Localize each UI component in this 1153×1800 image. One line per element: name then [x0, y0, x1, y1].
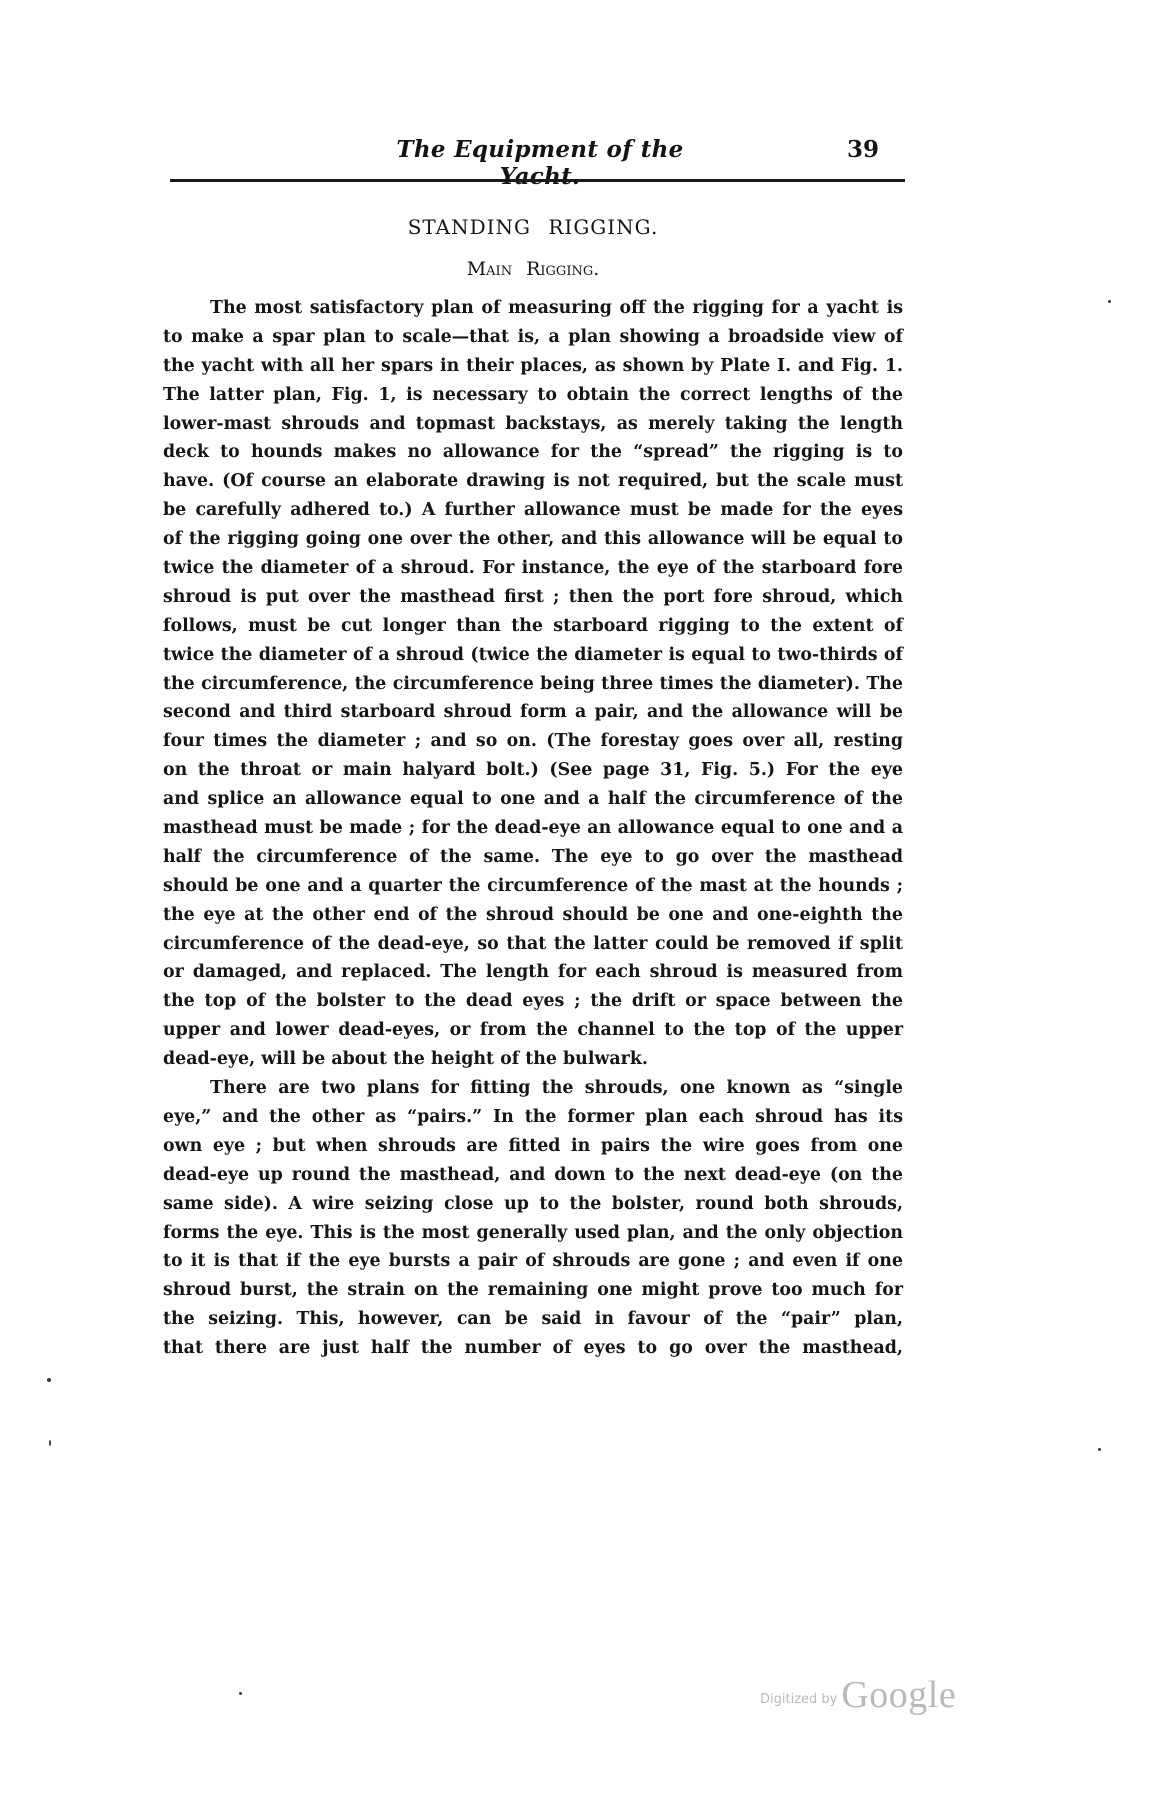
text-line: The latter plan, Fig. 1, is necessary to…	[163, 381, 903, 410]
text-line: be carefully adhered to.) A further allo…	[163, 496, 903, 525]
text-line: eye,” and the other as “pairs.” In the f…	[163, 1103, 903, 1132]
text-line: The most satisfactory plan of measuring …	[163, 294, 903, 323]
text-line: circumference of the dead-eye, so that t…	[163, 930, 903, 959]
google-logo: Google	[841, 1675, 956, 1715]
page-number: 39	[838, 136, 888, 163]
text-line: masthead must be made ; for the dead-eye…	[163, 814, 903, 843]
section-heading: STANDING RIGGING.	[163, 215, 903, 239]
text-line: twice the diameter of a shroud (twice th…	[163, 641, 903, 670]
text-line: to it is that if the eye bursts a pair o…	[163, 1247, 903, 1276]
text-line: have. (Of course an elaborate drawing is…	[163, 467, 903, 496]
text-line: on the throat or main halyard bolt.) (Se…	[163, 756, 903, 785]
text-line: dead-eye, will be about the height of th…	[163, 1045, 903, 1074]
scan-speck	[49, 1440, 51, 1446]
text-line: lower-mast shrouds and topmast backstays…	[163, 410, 903, 439]
text-line: upper and lower dead-eyes, or from the c…	[163, 1016, 903, 1045]
scan-speck	[47, 1378, 51, 1382]
text-line: the yacht with all her spars in their pl…	[163, 352, 903, 381]
text-line: shroud burst, the strain on the remainin…	[163, 1276, 903, 1305]
text-line: four times the diameter ; and so on. (Th…	[163, 727, 903, 756]
scan-speck	[1098, 1448, 1101, 1451]
text-line: deck to hounds makes no allowance for th…	[163, 438, 903, 467]
text-line: There are two plans for fitting the shro…	[163, 1074, 903, 1103]
text-line: the circumference, the circumference bei…	[163, 670, 903, 699]
text-line: and splice an allowance equal to one and…	[163, 785, 903, 814]
text-line: of the rigging going one over the other,…	[163, 525, 903, 554]
digitized-by-watermark: Digitized by Google	[760, 1665, 990, 1715]
body-text: The most satisfactory plan of measuring …	[163, 294, 903, 1363]
text-line: should be one and a quarter the circumfe…	[163, 872, 903, 901]
text-line: same side). A wire seizing close up to t…	[163, 1190, 903, 1219]
text-line: to make a spar plan to scale—that is, a …	[163, 323, 903, 352]
text-line: forms the eye. This is the most generall…	[163, 1219, 903, 1248]
header-rule	[170, 179, 905, 182]
text-line: own eye ; but when shrouds are fitted in…	[163, 1132, 903, 1161]
text-line: the eye at the other end of the shroud s…	[163, 901, 903, 930]
scan-speck	[239, 1692, 242, 1695]
text-line: shroud is put over the masthead first ; …	[163, 583, 903, 612]
text-line: that there are just half the number of e…	[163, 1334, 903, 1363]
sub-heading: Main Rigging.	[163, 258, 903, 280]
text-line: half the circumference of the same. The …	[163, 843, 903, 872]
text-line: dead-eye up round the masthead, and down…	[163, 1161, 903, 1190]
text-line: the seizing. This, however, can be said …	[163, 1305, 903, 1334]
text-line: or damaged, and replaced. The length for…	[163, 958, 903, 987]
text-line: second and third starboard shroud form a…	[163, 698, 903, 727]
watermark-prefix: Digitized by	[760, 1692, 837, 1715]
text-line: follows, must be cut longer than the sta…	[163, 612, 903, 641]
book-page: The Equipment of the Yacht. 39 STANDING …	[0, 0, 1153, 1800]
text-line: the top of the bolster to the dead eyes …	[163, 987, 903, 1016]
scan-speck	[1108, 300, 1111, 303]
text-line: twice the diameter of a shroud. For inst…	[163, 554, 903, 583]
